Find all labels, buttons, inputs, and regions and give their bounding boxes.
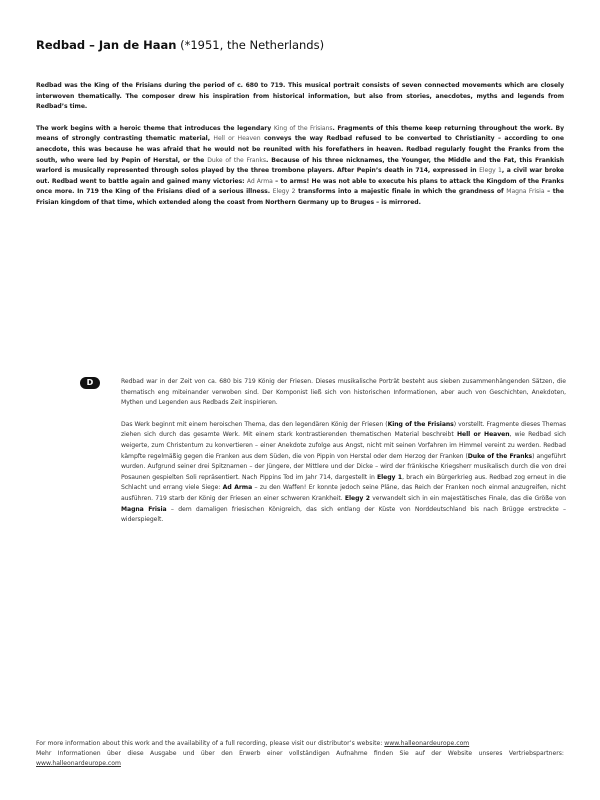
distributor-link-german[interactable]: www.halleonardeurope.com <box>36 760 121 767</box>
text-run: The work begins with a heroic theme that… <box>36 125 274 132</box>
movement-title-hell-or-heaven: Hell or Heaven <box>213 135 260 142</box>
text-run: transforms into a majestic finale in whi… <box>295 188 506 195</box>
movement-title-ad-arma: Ad Arma <box>247 178 273 185</box>
english-paragraph-1: Redbad was the King of the Frisians duri… <box>36 81 564 113</box>
language-badge-german: D <box>80 377 100 389</box>
movement-title-elegy-2: Elegy 2 <box>273 188 296 195</box>
text-run: – dem damaligen friesischen Königreich, … <box>121 506 566 524</box>
english-description: Redbad was the King of the Frisians duri… <box>36 81 564 220</box>
movement-title-magna-frisia: Magna Frisia <box>506 188 544 195</box>
footer-german-link-line: www.halleonardeurope.com <box>36 759 564 769</box>
page-title: Redbad – Jan de Haan (*1951, the Netherl… <box>36 38 324 52</box>
footer-english-line: For more information about this work and… <box>36 739 564 749</box>
movement-title-duke-of-the-franks: Duke of the Franks <box>468 453 532 460</box>
footer-english-text: For more information about this work and… <box>36 740 384 747</box>
movement-title-ad-arma: Ad Arma <box>223 484 253 491</box>
movement-title-elegy-2: Elegy 2 <box>345 495 370 502</box>
movement-title-duke-of-the-franks: Duke of the Franks <box>207 157 266 164</box>
movement-title-king-of-the-frisians: King of the Frisians <box>388 421 454 428</box>
distributor-link-english[interactable]: www.halleonardeurope.com <box>384 740 469 747</box>
text-run: Das Werk beginnt mit einem heroischen Th… <box>121 421 388 428</box>
english-paragraph-2: The work begins with a heroic theme that… <box>36 124 564 209</box>
german-description: Redbad war in der Zeit von ca. 680 bis 7… <box>121 377 566 537</box>
movement-title-king-of-the-frisians: King of the Frisians <box>274 125 333 132</box>
movement-title-elegy-1: Elegy 1 <box>479 167 502 174</box>
german-paragraph-1: Redbad war in der Zeit von ca. 680 bis 7… <box>121 377 566 409</box>
title-main: Redbad – Jan de Haan <box>36 38 176 52</box>
title-subtitle: (*1951, the Netherlands) <box>176 38 324 52</box>
movement-title-magna-frisia: Magna Frisia <box>121 506 167 513</box>
footer: For more information about this work and… <box>36 739 564 769</box>
text-run: verwandelt sich in ein majestätisches Fi… <box>370 495 566 502</box>
movement-title-elegy-1: Elegy 1 <box>377 474 402 481</box>
footer-german-text: Mehr Informationen über diese Ausgabe un… <box>36 749 564 759</box>
movement-title-hell-or-heaven: Hell or Heaven <box>457 431 510 438</box>
german-paragraph-2: Das Werk beginnt mit einem heroischen Th… <box>121 420 566 526</box>
